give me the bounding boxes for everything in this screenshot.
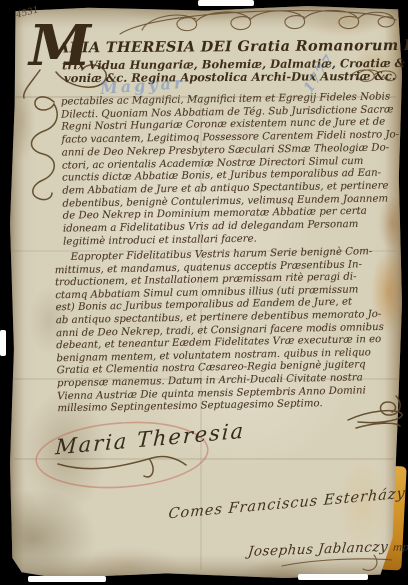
edge-light-sliver bbox=[198, 0, 254, 6]
photographed-document: 4531 M ARIA THERESIA DEI Gratia Romanoru… bbox=[0, 0, 408, 585]
edge-light-sliver bbox=[0, 330, 6, 356]
fold-crease bbox=[14, 458, 394, 460]
paragraph-2: Eapropter Fidelitatibus Vestris harum Se… bbox=[54, 246, 395, 416]
header-line-1: ARIA THERESIA DEI Gratia Romanorum Imper… bbox=[58, 37, 408, 57]
edge-light-sliver bbox=[28, 576, 106, 582]
edge-light-sliver bbox=[298, 574, 368, 580]
paragraph-1: pectabiles ac Magnifici, Magnifici item … bbox=[61, 91, 395, 249]
manu-propria-mark: mp. bbox=[392, 542, 408, 554]
